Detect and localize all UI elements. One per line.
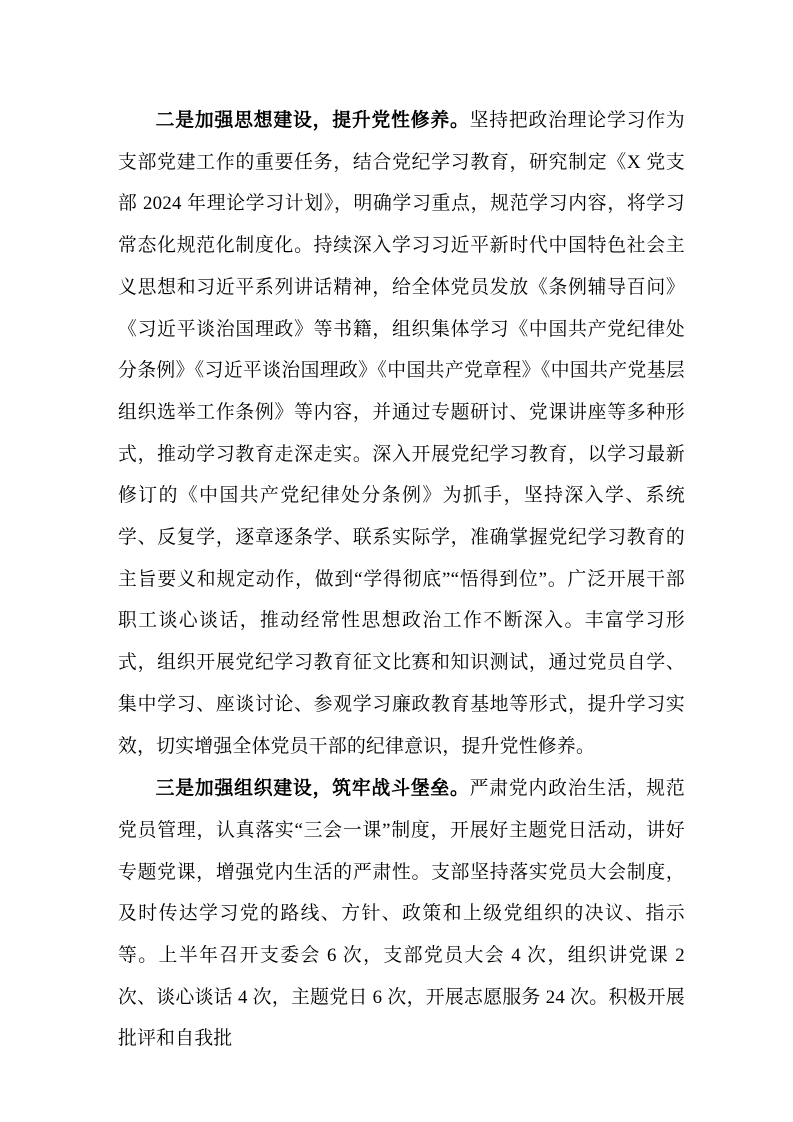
- paragraph-body-organizational-building: 严肃党内政治生活，规范党员管理，认真落实“三会一课”制度，开展好主题党日活动，讲…: [118, 778, 685, 1049]
- paragraph-body-ideological-building: 坚持把政治理论学习作为支部党建工作的重要任务，结合党纪学习教育，研究制定《X 党…: [118, 110, 685, 757]
- paragraph-organizational-building: 三是加强组织建设，筑牢战斗堡垒。严肃党内政治生活，规范党员管理，认真落实“三会一…: [118, 767, 685, 1060]
- paragraph-lead-organizational-building: 三是加强组织建设，筑牢战斗堡垒。: [156, 777, 470, 798]
- document-page: 二是加强思想建设，提升党性修养。坚持把政治理论学习作为支部党建工作的重要任务，结…: [0, 0, 793, 1122]
- paragraph-ideological-building: 二是加强思想建设，提升党性修养。坚持把政治理论学习作为支部党建工作的重要任务，结…: [118, 99, 685, 767]
- paragraph-lead-ideological-building: 二是加强思想建设，提升党性修养。: [156, 109, 470, 130]
